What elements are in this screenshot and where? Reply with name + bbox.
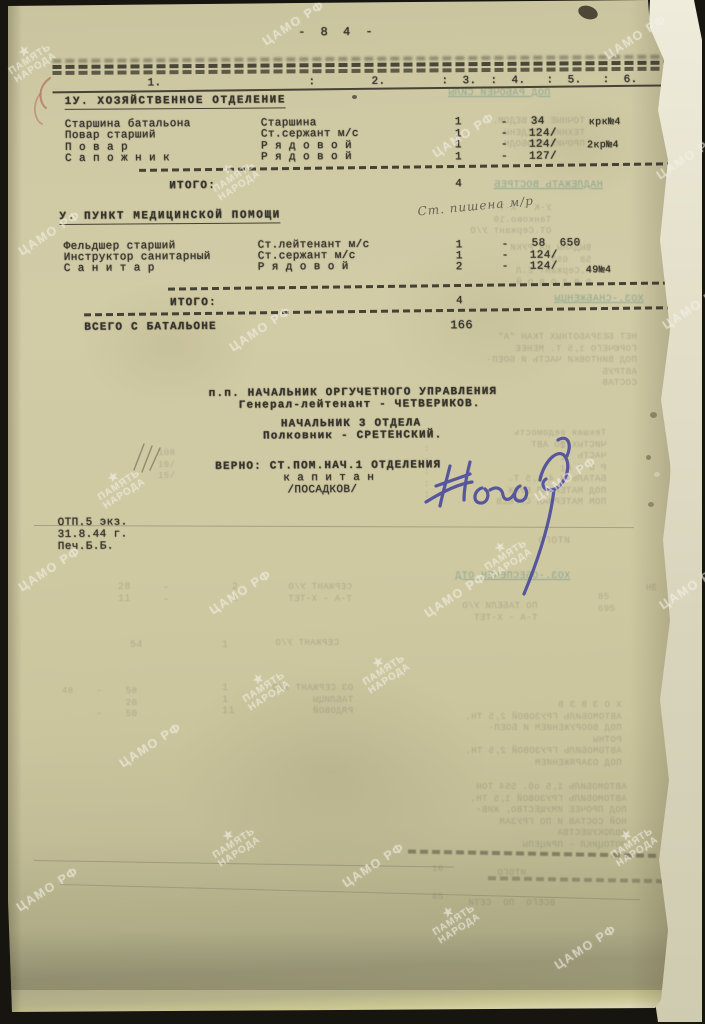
row-count: 1 bbox=[455, 116, 462, 128]
row-count: 2 bbox=[456, 261, 463, 273]
row-note: крк№4 bbox=[589, 117, 621, 129]
date-note: 31.8.44 г. bbox=[58, 528, 128, 540]
document-paper: ПОД РАБОЧЕЙ СИЛЫТОЧНЫЕ ПО ВЕДОМ. ТЕХНИКА… bbox=[0, 0, 705, 1024]
page-number: - 8 4 - bbox=[298, 26, 377, 39]
row-rank: Ст.сержант м/с bbox=[261, 128, 359, 141]
dept-chief-rank-name: Полковник - СРЕТЕНСКИЙ. bbox=[263, 429, 443, 442]
row-position: С а п о ж н и к bbox=[65, 152, 170, 165]
section-iv-rule bbox=[139, 162, 699, 172]
section-v-total-label: ИТОГО: bbox=[170, 297, 217, 309]
section-iv-total-value: 4 bbox=[455, 178, 462, 190]
row-note: 49№4 bbox=[586, 265, 612, 277]
certify-rank: к а п и т а н bbox=[283, 472, 374, 485]
row-position: С а н и т а р bbox=[64, 262, 155, 275]
grand-total-label: ВСЕГО С БАТАЛЬОНЕ bbox=[84, 321, 217, 334]
row-rank: Р я д о в о й bbox=[261, 151, 352, 164]
certify-name: /ПОСАДКОВ/ bbox=[287, 484, 357, 496]
row-position: Повар старший bbox=[65, 129, 156, 142]
row-rank: Р я д о в о й bbox=[258, 261, 349, 274]
handwritten-note: Ст. пишена м/р bbox=[417, 194, 534, 219]
pencil-strokes bbox=[124, 440, 164, 474]
acting-chief-rank-name: Генерал-лейтенант - ЧЕТВЕРИКОВ. bbox=[239, 398, 481, 412]
row-fund: 124/ bbox=[530, 260, 558, 272]
row-note: 2кр№4 bbox=[587, 140, 619, 152]
section-v-total-value: 4 bbox=[456, 295, 463, 307]
red-pencil-mark bbox=[24, 74, 60, 130]
section-iv-total-label: ИТОГО: bbox=[169, 180, 216, 192]
section-iv-title: 1У. ХОЗЯЙСТВЕННОЕ ОТДЕЛЕНИЕ bbox=[65, 94, 287, 110]
certify-line: ВЕРНО: СТ.ПОМ.НАЧ.1 ОТДЕЛЕНИЯ bbox=[215, 459, 441, 473]
row-fund: 127/ bbox=[529, 150, 557, 162]
typist-note: Печ.Б.Б. bbox=[58, 541, 114, 553]
row-count: 1 bbox=[455, 139, 462, 151]
section-v-title: У. ПУНКТ МЕДИЦИНСКОЙ ПОМОЩИ bbox=[59, 209, 281, 225]
row-fund: 58 650 bbox=[532, 237, 581, 249]
dept-chief-line: НАЧАЛЬНИК 3 ОТДЕЛА bbox=[281, 417, 422, 430]
scanned-archive-page: ПОД РАБОЧЕЙ СИЛЫТОЧНЫЕ ПО ВЕДОМ. ТЕХНИКА… bbox=[0, 0, 705, 1024]
row-dash: - bbox=[501, 139, 508, 151]
row-count: 1 bbox=[455, 151, 462, 163]
grand-total-value: 166 bbox=[450, 319, 473, 331]
row-dash: - bbox=[502, 261, 509, 273]
row-dash: - bbox=[501, 151, 508, 163]
row-fund: 34 bbox=[531, 116, 545, 128]
signature-posadkov-ink bbox=[424, 432, 600, 600]
row-fund: 124/ bbox=[529, 138, 557, 150]
copies-note: ОТП.5 экз. bbox=[58, 516, 128, 528]
section-v-rule bbox=[168, 281, 702, 291]
